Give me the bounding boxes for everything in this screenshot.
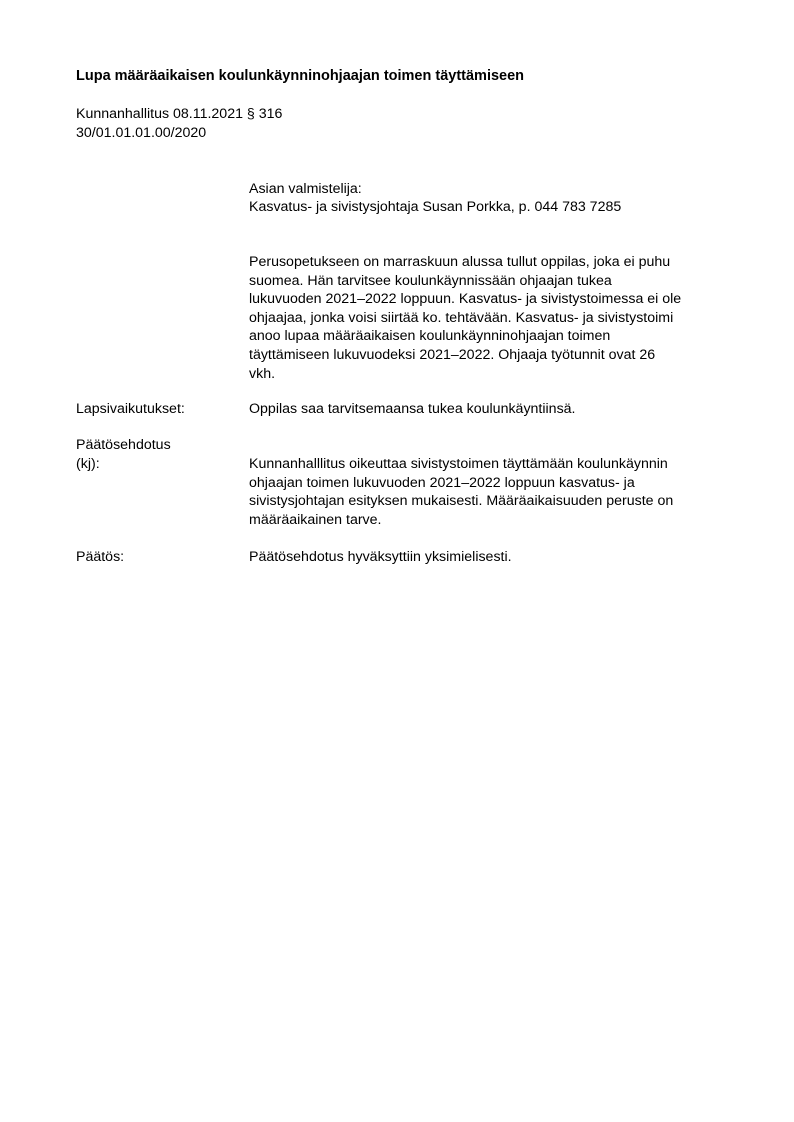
decision-label: Päätös: xyxy=(76,548,124,567)
proposal-line: määräaikainen tarve. xyxy=(249,511,749,530)
proposal-paragraph: Kunnanhalllitus oikeuttaa sivistystoimen… xyxy=(249,455,749,529)
background-line: vkh. xyxy=(249,365,749,384)
proposal-line: sivistysjohtajan esityksen mukaisesti. M… xyxy=(249,492,749,511)
proposal-line: Kunnanhalllitus oikeuttaa sivistystoimen… xyxy=(249,455,749,474)
decision-text: Päätösehdotus hyväksyttiin yksimielisest… xyxy=(249,548,512,567)
child-impact-text: Oppilas saa tarvitsemaansa tukea koulunk… xyxy=(249,400,576,419)
proposal-line: ohjaajan toimen lukuvuoden 2021–2022 lop… xyxy=(249,474,749,493)
background-line: ohjaajaa, jonka voisi siirtää ko. tehtäv… xyxy=(249,309,749,328)
background-line: anoo lupaa määräaikaisen koulunkäynninoh… xyxy=(249,327,749,346)
background-line: täyttämiseen lukuvuodeksi 2021–2022. Ohj… xyxy=(249,346,749,365)
preparer-label: Asian valmistelija: xyxy=(249,180,362,199)
background-paragraph: Perusopetukseen on marraskuun alussa tul… xyxy=(249,253,749,383)
background-line: Perusopetukseen on marraskuun alussa tul… xyxy=(249,253,749,272)
record-id: 30/01.01.01.00/2020 xyxy=(76,124,206,143)
preparer-info: Kasvatus- ja sivistysjohtaja Susan Porkk… xyxy=(249,198,621,217)
proposal-label-line1: Päätösehdotus xyxy=(76,436,171,455)
child-impact-label: Lapsivaikutukset: xyxy=(76,400,185,419)
meeting-reference: Kunnanhallitus 08.11.2021 § 316 xyxy=(76,105,282,124)
background-line: suomea. Hän tarvitsee koulunkäynnissään … xyxy=(249,272,749,291)
background-line: lukuvuoden 2021–2022 loppuun. Kasvatus- … xyxy=(249,290,749,309)
proposal-label-line2: (kj): xyxy=(76,455,100,474)
document-title: Lupa määräaikaisen koulunkäynninohjaajan… xyxy=(76,68,524,84)
